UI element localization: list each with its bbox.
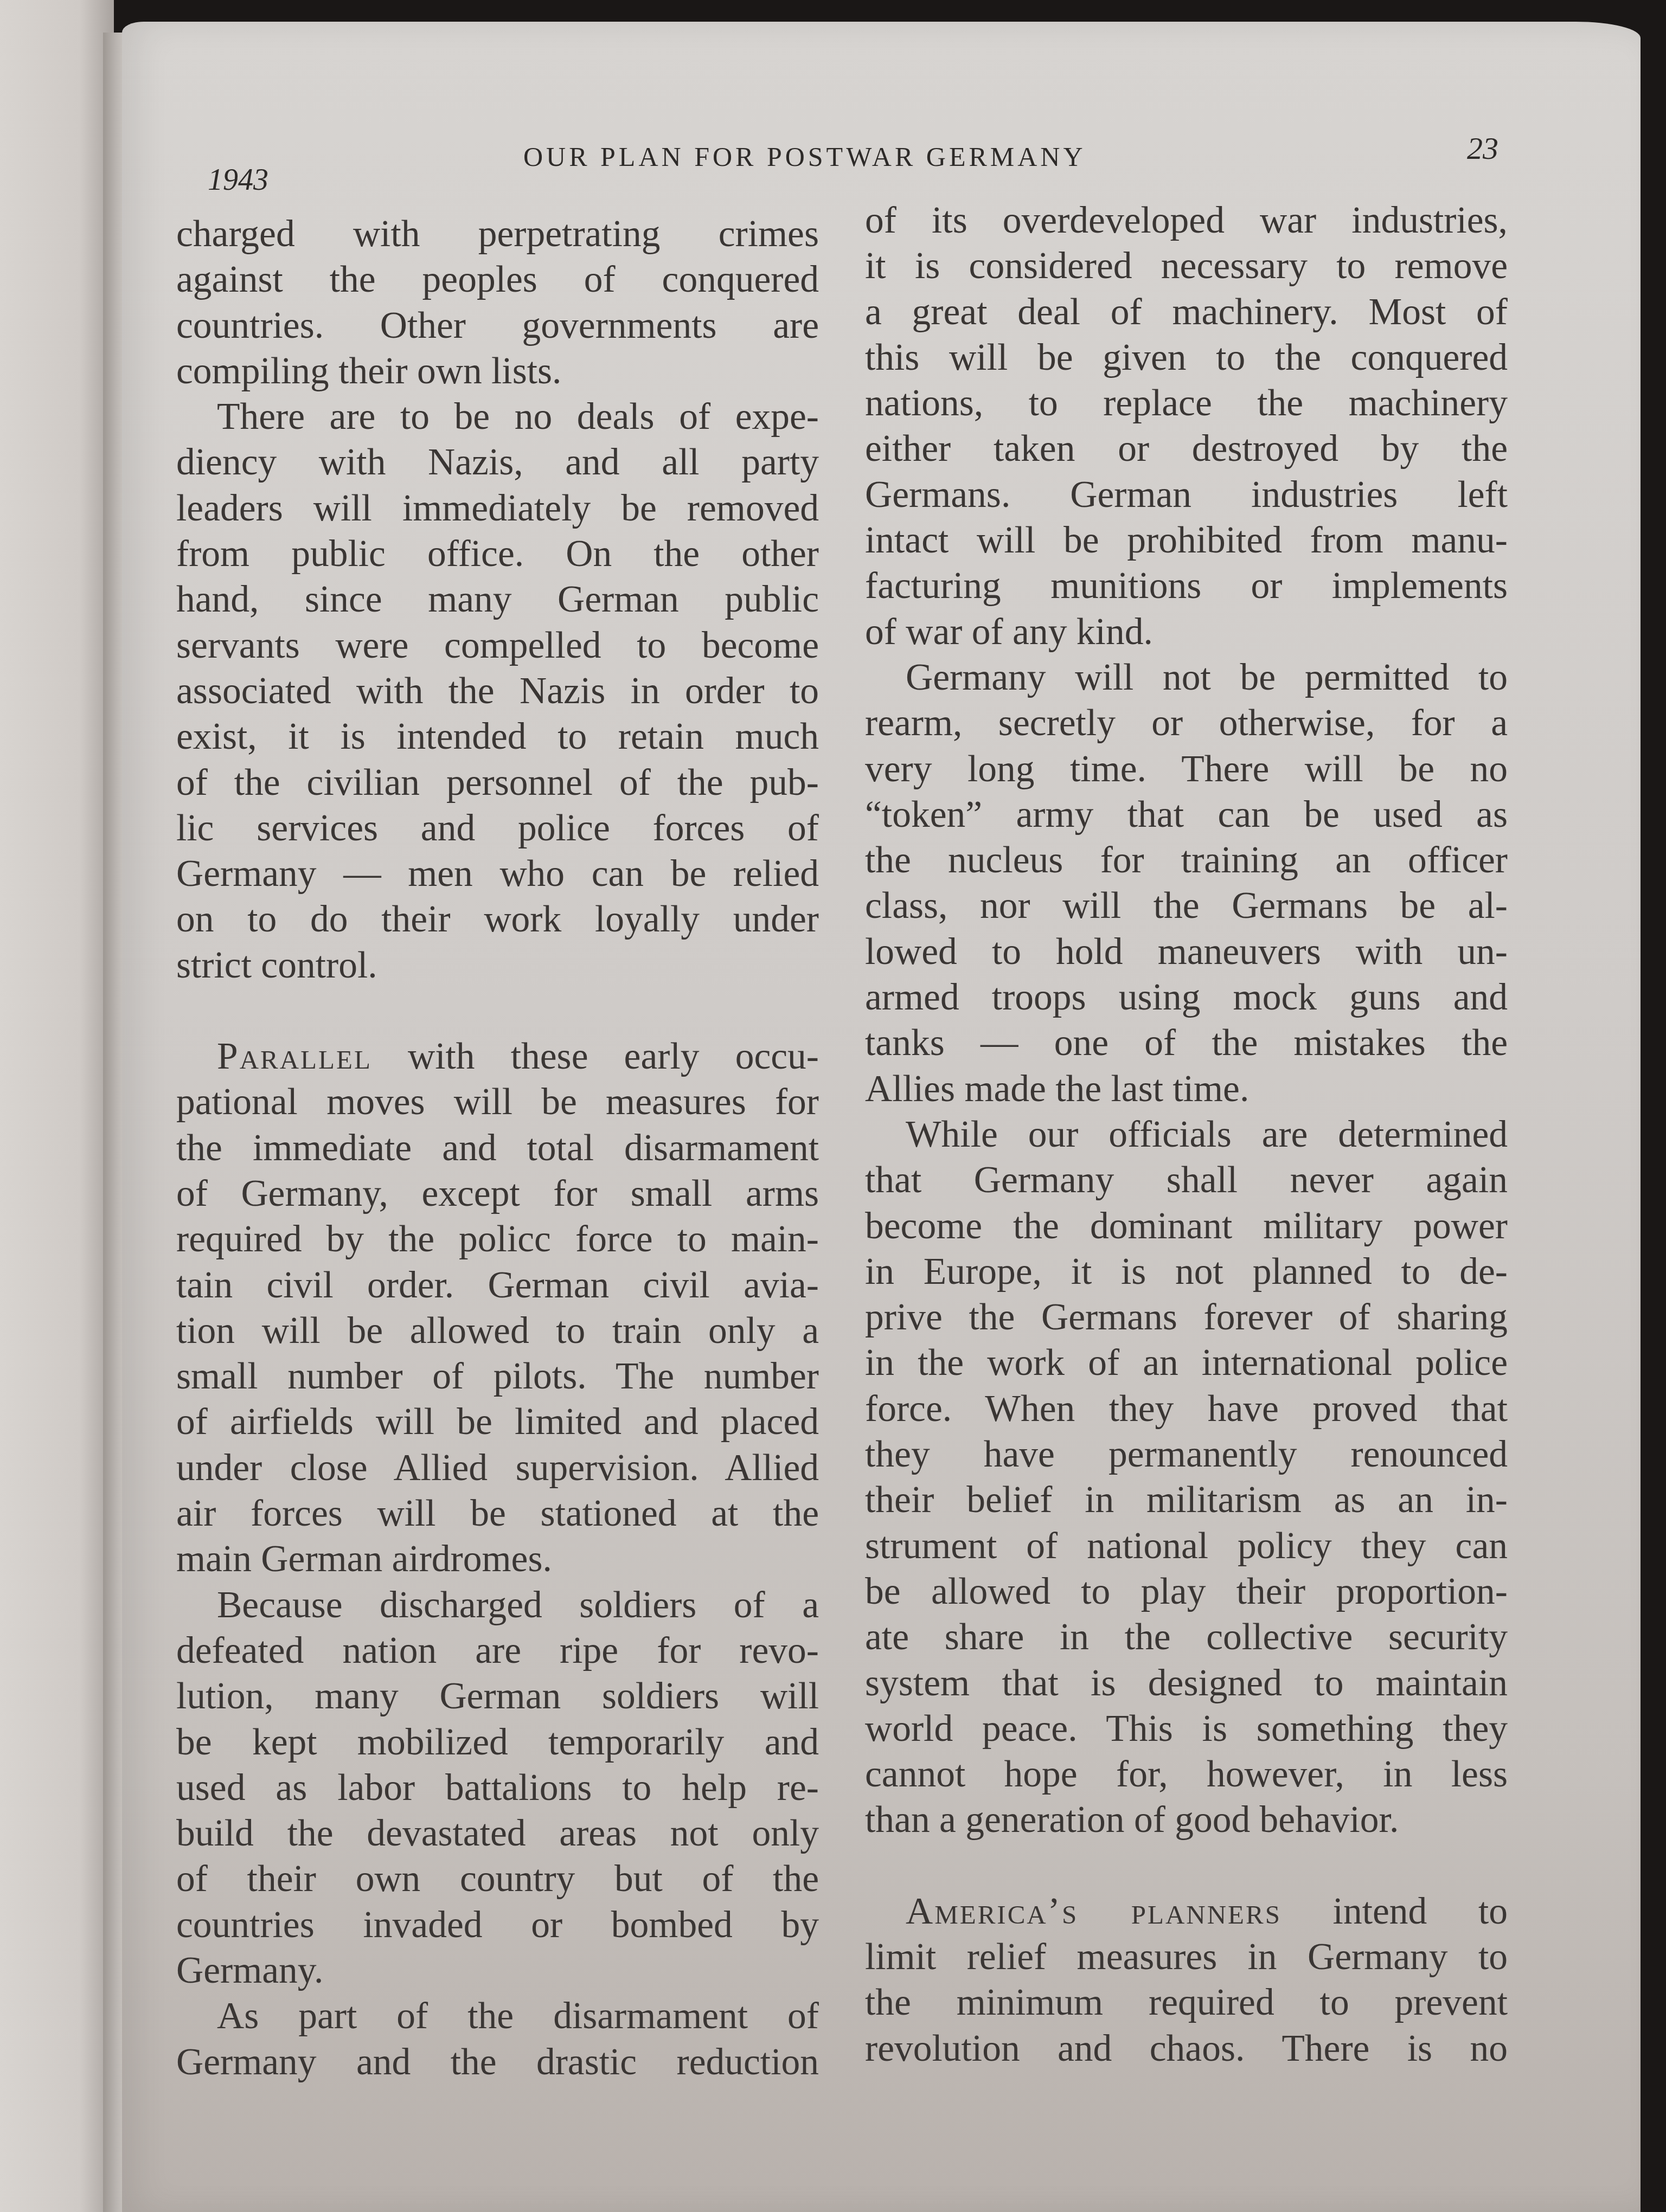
text-line: of war of any kind. (865, 609, 1508, 655)
text-line: be kept mobilized temporarily and (176, 1720, 819, 1765)
section-break (176, 988, 819, 1034)
text-line: rearm, secretly or otherwise, for a (865, 700, 1508, 746)
text-line: servants were compelled to become (176, 623, 819, 668)
running-head: 1943 OUR PLAN FOR POSTWAR GERMANY 23 (122, 130, 1641, 195)
text-line: than a generation of good behavior. (865, 1797, 1508, 1843)
text-line: small number of pilots. The number (176, 1354, 819, 1399)
text-line: defeated nation are ripe for revo- (176, 1628, 819, 1674)
paragraph-start-line: While our officials are determined (865, 1112, 1508, 1158)
text-line: the nucleus for training an officer (865, 838, 1508, 883)
text-line: system that is designed to maintain (865, 1661, 1508, 1706)
text-line: intact will be prohibited from manu- (865, 518, 1508, 563)
text-line: hand, since many German public (176, 577, 819, 622)
text-line: they have permanently renounced (865, 1432, 1508, 1477)
text-line: cannot hope for, however, in less (865, 1752, 1508, 1797)
text-line: ate share in the collective security (865, 1615, 1508, 1660)
text-line: of the civilian personnel of the pub- (176, 760, 819, 806)
text-line: tion will be allowed to train only a (176, 1308, 819, 1354)
paragraph-start-line: Because discharged soldiers of a (176, 1583, 819, 1628)
section-break (865, 1843, 1508, 1889)
text-line: Germany — men who can be relied (176, 851, 819, 897)
text-line: required by the policc force to main- (176, 1217, 819, 1262)
text-line: of their own country but of the (176, 1856, 819, 1902)
text-line: strict control. (176, 943, 819, 988)
text-line: air forces will be stationed at the (176, 1491, 819, 1536)
text-line: Germany and the drastic reduction (176, 2040, 819, 2085)
text-line: tanks — one of the mistakes the (865, 1020, 1508, 1066)
paragraph-start-line: As part of the disarmament of (176, 1994, 819, 2039)
text-line: used as labor battalions to help re- (176, 1765, 819, 1811)
text-line: under close Allied supervision. Allied (176, 1445, 819, 1491)
text-line: class, nor will the Germans be al- (865, 883, 1508, 929)
text-line: a great deal of machinery. Most of (865, 290, 1508, 335)
text-line: on to do their work loyally under (176, 897, 819, 942)
text-line: “token” army that can be used as (865, 792, 1508, 838)
text-line: countries invaded or bombed by (176, 1902, 819, 1948)
text-line: that Germany shall never again (865, 1158, 1508, 1203)
left-column: charged with perpetrating crimes against… (176, 211, 819, 2085)
text-line: facturing munitions or implements (865, 563, 1508, 609)
text-line: it is considered necessary to remove (865, 243, 1508, 289)
page-number: 23 (1467, 130, 1498, 166)
text-line: of airfields will be limited and placed (176, 1399, 819, 1445)
text-line: of its overdeveloped war industries, (865, 198, 1508, 243)
text-line: become the dominant military power (865, 1204, 1508, 1249)
text-line: against the peoples of conquered (176, 257, 819, 303)
text-fragment: with these early occu- (408, 1036, 819, 1077)
section-lead-in: America’s planners (906, 1891, 1281, 1932)
text-line: associated with the Nazis in order to (176, 668, 819, 714)
section-start-line: America’s planners intend to (865, 1889, 1508, 1934)
text-line: the immediate and total disarmament (176, 1126, 819, 1171)
text-line: world peace. This is something they (865, 1706, 1508, 1752)
running-head-year: 1943 (208, 163, 268, 197)
text-line: of Germany, except for small arms (176, 1171, 819, 1217)
section-lead-in: Parallel (217, 1036, 372, 1077)
text-line: compiling their own lists. (176, 349, 819, 394)
right-column: of its overdeveloped war industries, it … (865, 198, 1508, 2072)
book-page: 1943 OUR PLAN FOR POSTWAR GERMANY 23 cha… (122, 22, 1641, 2212)
text-line: from public office. On the other (176, 531, 819, 577)
text-line: countries. Other governments are (176, 303, 819, 349)
text-line: revolution and chaos. There is no (865, 2026, 1508, 2072)
text-line: lic services and police forces of (176, 806, 819, 851)
text-line: build the devastated areas not only (176, 1811, 819, 1856)
text-line: tain civil order. German civil avia- (176, 1263, 819, 1308)
text-line: limit relief measures in Germany to (865, 1934, 1508, 1980)
text-line: charged with perpetrating crimes (176, 211, 819, 257)
text-fragment: intend to (1333, 1891, 1508, 1932)
text-line: pational moves will be measures for (176, 1079, 819, 1125)
text-line: lowed to hold maneuvers with un- (865, 929, 1508, 975)
text-line: their belief in militarism as an in- (865, 1477, 1508, 1523)
text-line: strument of national policy they can (865, 1523, 1508, 1569)
text-line: in Europe, it is not planned to de- (865, 1249, 1508, 1295)
facing-page-edge (0, 0, 114, 2212)
paragraph-start-line: Germany will not be permitted to (865, 655, 1508, 700)
text-line: leaders will immediately be removed (176, 486, 819, 531)
text-line: either taken or destroyed by the (865, 426, 1508, 472)
text-line: armed troops using mock guns and (865, 975, 1508, 1020)
text-line: Germany. (176, 1948, 819, 1994)
paragraph-start-line: There are to be no deals of expe- (176, 394, 819, 440)
text-line: diency with Nazis, and all party (176, 440, 819, 485)
book-gutter (103, 33, 125, 2212)
text-line: very long time. There will be no (865, 747, 1508, 792)
text-line: Allies made the last time. (865, 1066, 1508, 1112)
running-head-title: OUR PLAN FOR POSTWAR GERMANY (523, 141, 1086, 172)
text-line: nations, to replace the machinery (865, 381, 1508, 426)
text-line: be allowed to play their proportion- (865, 1569, 1508, 1615)
text-line: force. When they have proved that (865, 1386, 1508, 1432)
text-line: the minimum required to prevent (865, 1980, 1508, 2025)
text-line: Germans. German industries left (865, 472, 1508, 518)
text-line: exist, it is intended to retain much (176, 714, 819, 760)
text-line: in the work of an international police (865, 1340, 1508, 1386)
text-line: prive the Germans forever of sharing (865, 1295, 1508, 1340)
text-line: lution, many German soldiers will (176, 1674, 819, 1719)
text-line: this will be given to the conquered (865, 335, 1508, 381)
section-start-line: Parallel with these early occu- (176, 1034, 819, 1079)
text-line: main German airdromes. (176, 1536, 819, 1582)
